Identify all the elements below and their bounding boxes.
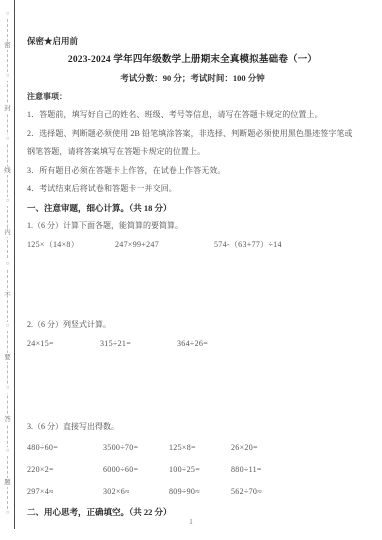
work-space (27, 353, 358, 418)
binding-border-line (14, 0, 15, 529)
exam-content: 保密★启用前 2023-2024 学年四年级数学上册期末全真模拟基础卷（一） 考… (27, 0, 358, 521)
q3-row-1: 480÷60= 3500÷70= 125×8= 26×20= (27, 437, 358, 459)
seal-circle: ○ (6, 447, 10, 456)
q3-label: 3.（6 分）直接写出得数。 (27, 418, 358, 437)
exam-title: 2023-2024 学年四年级数学上册期末全真模拟基础卷（一） (27, 51, 358, 70)
notice-item-3: 3．所有题目必须在答题卡上作答，在试卷上作答无效。 (27, 162, 358, 181)
exam-meta: 考试分数：90 分；考试时间：100 分钟 (27, 69, 358, 88)
exam-paper-page: ○ 密 ○ 封 ○ 线 ○ 内 ○ 不 ○ 要 ○ 答 ○ 题 ○ 保密★启用前… (0, 0, 382, 540)
q3-expression: 880÷11= (231, 459, 358, 481)
q3-expression: 6000÷60= (103, 459, 169, 481)
q2-expressions-row: 24×15= 315÷21= 364÷26= (27, 335, 358, 354)
section-one-heading: 一、注意审题，细心计算。（共 18 分） (27, 199, 358, 218)
q1-label: 1.（6 分）计算下面各题，能简算的要简算。 (27, 217, 358, 236)
page-number: 1 (0, 518, 382, 526)
notice-heading: 注意事项： (27, 88, 358, 107)
q3-row-3: 297×4≈ 302×6≈ 809÷90≈ 562÷70≈ (27, 481, 358, 503)
q3-expression: 26×20= (231, 437, 358, 459)
seal-line: ○ 密 ○ 封 ○ 线 ○ 内 ○ 不 ○ 要 ○ 答 ○ 题 ○ (1, 10, 14, 518)
seal-char: 不 (4, 291, 11, 300)
q2-label: 2.（6 分）列竖式计算。 (27, 316, 358, 335)
seal-char: 封 (4, 104, 11, 113)
q3-row-2: 220×2= 6000÷60= 100÷25= 880÷11= (27, 459, 358, 481)
seal-circle: ○ (6, 10, 10, 19)
q3-expression: 297×4≈ (27, 481, 103, 503)
seal-char: 内 (4, 228, 11, 237)
seal-circle: ○ (6, 197, 10, 206)
notice-item-4: 4．考试结束后将试卷和答题卡一并交回。 (27, 180, 358, 199)
q2-expression: 364÷26= (177, 335, 208, 354)
notice-item-2: 2．选择题、判断题必须使用 2B 铅笔填涂答案，非选择、判断题必须使用黑色墨迹签… (27, 125, 358, 162)
q1-expressions-row: 125×（14×8） 247×99+247 574-（63+77）÷14 (27, 236, 358, 255)
q3-expression: 480÷60= (27, 437, 103, 459)
secrecy-label: 保密★启用前 (27, 32, 358, 51)
seal-circle: ○ (6, 322, 10, 331)
q3-expression: 562÷70≈ (231, 481, 358, 503)
seal-circle: ○ (6, 135, 10, 144)
work-space (27, 254, 358, 316)
seal-char: 要 (4, 353, 11, 362)
q3-expression: 220×2= (27, 459, 103, 481)
seal-circle: ○ (6, 509, 10, 518)
q3-expression: 3500÷70= (103, 437, 169, 459)
q2-expression: 24×15= (27, 335, 100, 354)
seal-circle: ○ (6, 260, 10, 269)
q3-expression: 125×8= (169, 437, 231, 459)
q1-expression: 247×99+247 (115, 236, 214, 255)
q2-expression: 315÷21= (100, 335, 177, 354)
q3-expression: 100÷25= (169, 459, 231, 481)
seal-char: 答 (4, 415, 11, 424)
notice-item-1: 1．答题前，填写好自己的姓名、班级、考号等信息，请写在答题卡规定的位置上。 (27, 106, 358, 125)
q1-expression: 574-（63+77）÷14 (214, 236, 282, 255)
q3-expression: 809÷90≈ (169, 481, 231, 503)
seal-char: 线 (4, 166, 11, 175)
q1-expression: 125×（14×8） (27, 236, 115, 255)
q3-expression: 302×6≈ (103, 481, 169, 503)
seal-circle: ○ (6, 72, 10, 81)
seal-char: 题 (4, 478, 11, 487)
seal-circle: ○ (6, 384, 10, 393)
seal-char: 密 (4, 41, 11, 50)
